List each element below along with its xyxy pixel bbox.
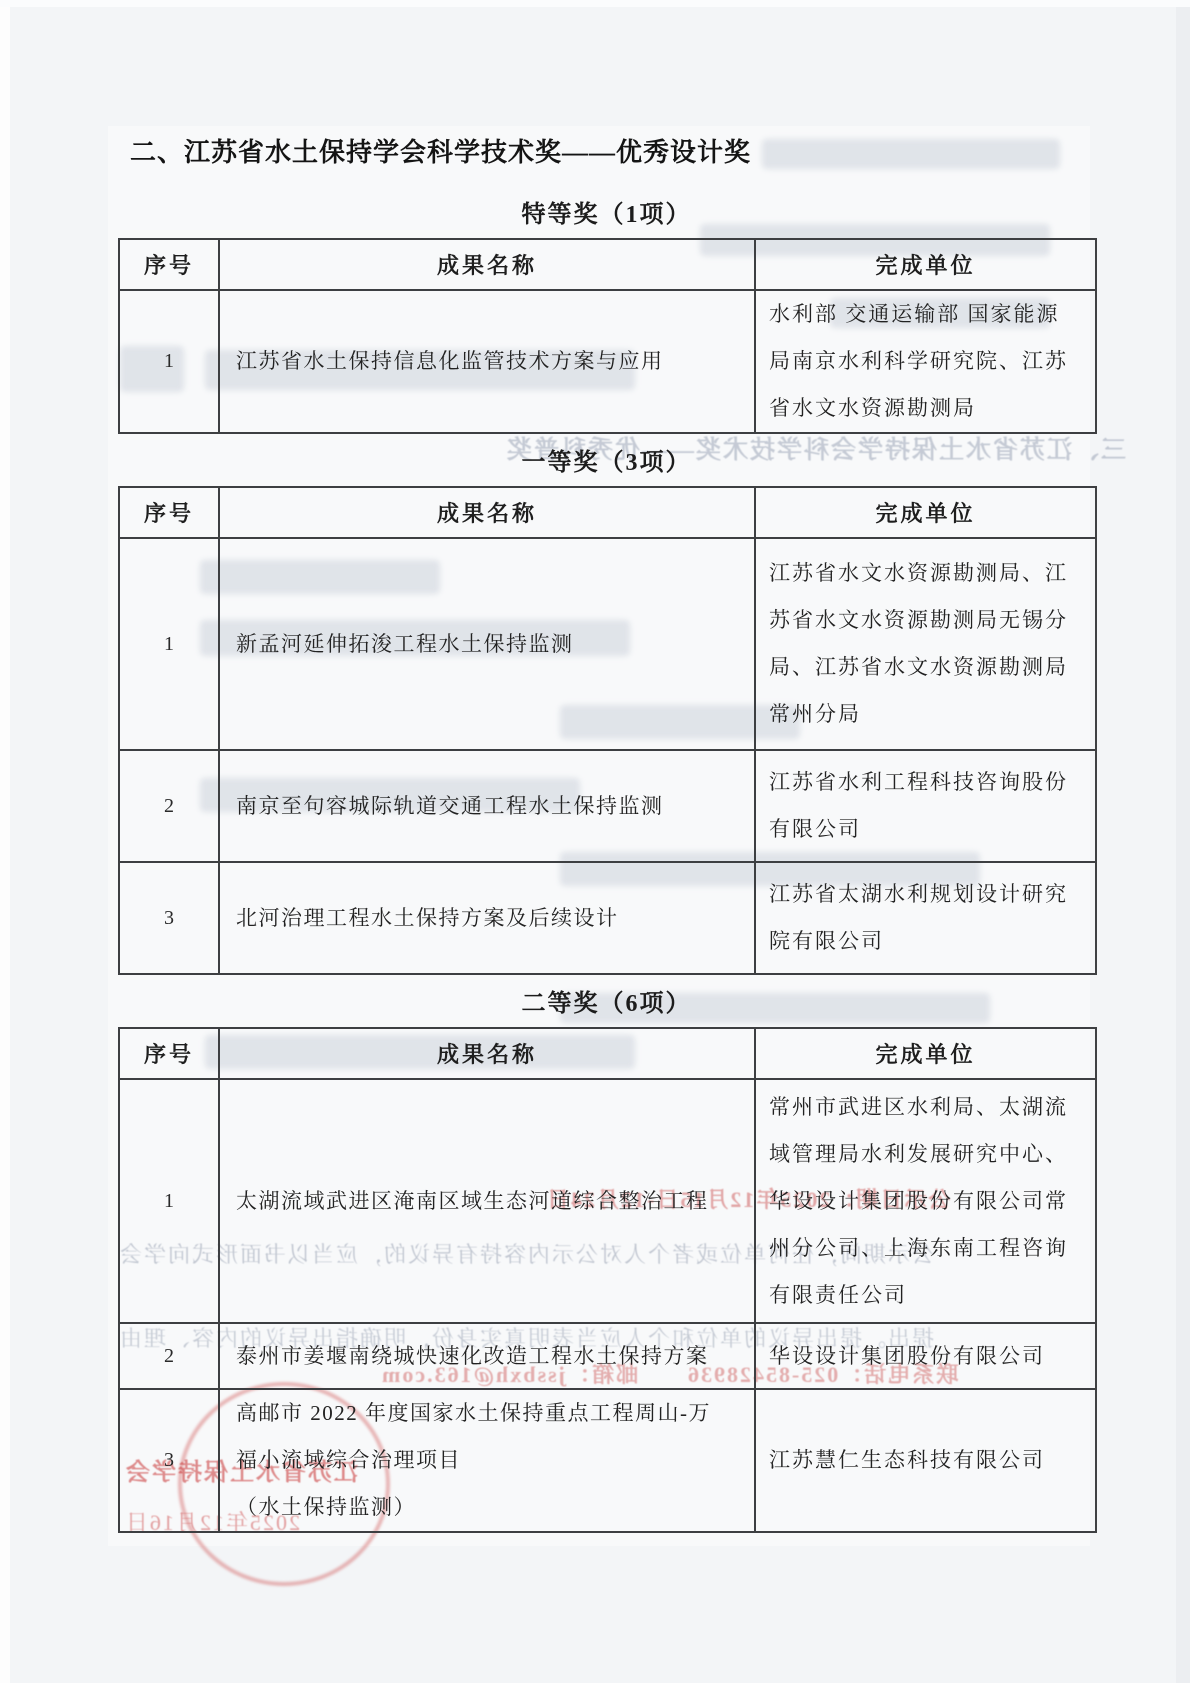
- col-header-unit: 完成单位: [755, 1028, 1096, 1079]
- col-header-name: 成果名称: [219, 1028, 755, 1079]
- table-header-row: 序号 成果名称 完成单位: [119, 487, 1096, 538]
- document-content: 二、江苏省水土保持学会科学技术奖——优秀设计奖 特等奖（1项） 序号 成果名称 …: [0, 136, 1190, 1533]
- table-header-row: 序号 成果名称 完成单位: [119, 1028, 1096, 1079]
- table-row: 3 高邮市 2022 年度国家水土保持重点工程周山-万 福小流域综合治理项目 （…: [119, 1389, 1096, 1532]
- completing-unit: 水利部 交通运输部 国家能源 局南京水利科学研究院、江苏 省水文水资源勘测局: [755, 290, 1096, 433]
- completing-unit: 常州市武进区水利局、太湖流 域管理局水利发展研究中心、 华设设计集团股份有限公司…: [755, 1079, 1096, 1323]
- achievement-name: 高邮市 2022 年度国家水土保持重点工程周山-万 福小流域综合治理项目 （水土…: [219, 1389, 755, 1532]
- achievement-name: 北河治理工程水土保持方案及后续设计: [219, 862, 755, 974]
- completing-unit: 华设设计集团股份有限公司: [755, 1323, 1096, 1389]
- scanned-page: 三、江苏省水土保持学会科学技术奖——优秀科普奖 公示日期：2025年12月15日…: [0, 0, 1190, 1683]
- table-row: 1 新孟河延伸拓浚工程水土保持监测 江苏省水文水资源勘测局、江 苏省水文水资源勘…: [119, 538, 1096, 750]
- table-row: 3 北河治理工程水土保持方案及后续设计 江苏省太湖水利规划设计研究 院有限公司: [119, 862, 1096, 974]
- row-number: 2: [119, 1323, 219, 1389]
- achievement-name: 新孟河延伸拓浚工程水土保持监测: [219, 538, 755, 750]
- col-header-no: 序号: [119, 487, 219, 538]
- achievement-name: 南京至句容城际轨道交通工程水土保持监测: [219, 750, 755, 862]
- completing-unit: 江苏慧仁生态科技有限公司: [755, 1389, 1096, 1532]
- row-number: 3: [119, 1389, 219, 1532]
- heading-second-prize: 二等奖（6项）: [118, 989, 1095, 1019]
- achievement-name: 太湖流域武进区淹南区域生态河道综合整治工程: [219, 1079, 755, 1323]
- award-table-special: 序号 成果名称 完成单位 1 江苏省水土保持信息化监管技术方案与应用 水利部 交…: [118, 238, 1097, 434]
- completing-unit: 江苏省太湖水利规划设计研究 院有限公司: [755, 862, 1096, 974]
- award-table-second: 序号 成果名称 完成单位 1 太湖流域武进区淹南区域生态河道综合整治工程 常州市…: [118, 1027, 1097, 1533]
- col-header-no: 序号: [119, 239, 219, 290]
- col-header-name: 成果名称: [219, 487, 755, 538]
- table-row: 1 太湖流域武进区淹南区域生态河道综合整治工程 常州市武进区水利局、太湖流 域管…: [119, 1079, 1096, 1323]
- row-number: 1: [119, 538, 219, 750]
- page-title: 二、江苏省水土保持学会科学技术奖——优秀设计奖: [130, 136, 1190, 170]
- completing-unit: 江苏省水文水资源勘测局、江 苏省水文水资源勘测局无锡分 局、江苏省水文水资源勘测…: [755, 538, 1096, 750]
- row-number: 2: [119, 750, 219, 862]
- achievement-name: 江苏省水土保持信息化监管技术方案与应用: [219, 290, 755, 433]
- col-header-unit: 完成单位: [755, 239, 1096, 290]
- award-table-first: 序号 成果名称 完成单位 1 新孟河延伸拓浚工程水土保持监测 江苏省水文水资源勘…: [118, 486, 1097, 975]
- heading-first-prize: 一等奖（3项）: [118, 448, 1095, 478]
- heading-special-prize: 特等奖（1项）: [118, 200, 1095, 230]
- table-header-row: 序号 成果名称 完成单位: [119, 239, 1096, 290]
- achievement-name: 泰州市姜堰南绕城快速化改造工程水土保持方案: [219, 1323, 755, 1389]
- table-row: 2 南京至句容城际轨道交通工程水土保持监测 江苏省水利工程科技咨询股份 有限公司: [119, 750, 1096, 862]
- row-number: 1: [119, 1079, 219, 1323]
- scan-edge-top: [0, 0, 1190, 7]
- table-row: 2 泰州市姜堰南绕城快速化改造工程水土保持方案 华设设计集团股份有限公司: [119, 1323, 1096, 1389]
- col-header-name: 成果名称: [219, 239, 755, 290]
- col-header-no: 序号: [119, 1028, 219, 1079]
- col-header-unit: 完成单位: [755, 487, 1096, 538]
- row-number: 3: [119, 862, 219, 974]
- table-row: 1 江苏省水土保持信息化监管技术方案与应用 水利部 交通运输部 国家能源 局南京…: [119, 290, 1096, 433]
- row-number: 1: [119, 290, 219, 433]
- completing-unit: 江苏省水利工程科技咨询股份 有限公司: [755, 750, 1096, 862]
